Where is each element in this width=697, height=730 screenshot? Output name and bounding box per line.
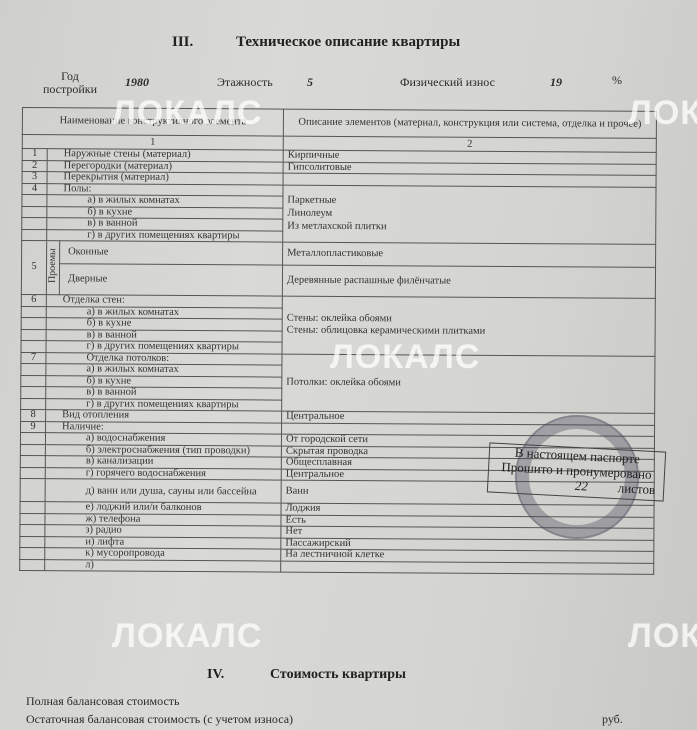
table-row-openings-door: Дверные Деревянные распашные филёнчатые (21, 264, 655, 299)
section-title: Техническое описание квартиры (236, 34, 460, 51)
watermark: ЛОКАЛС (628, 617, 697, 656)
full-cost-label: Полная балансовая стоимость (26, 694, 180, 709)
watermark: ЛОКАЛС (112, 94, 262, 133)
wear-label: Физический износ (400, 75, 495, 90)
floors-desc-cell: ПаркетныеЛинолеумИз метлахской плитки (283, 185, 656, 245)
row-num: 4 (22, 183, 47, 195)
floor-desc-rooms: Паркетные (287, 195, 336, 206)
currency-label: руб. (602, 712, 623, 727)
wear-unit: % (612, 73, 622, 88)
watermark: ЛОКАЛС (112, 617, 262, 656)
floors-value: 5 (307, 75, 313, 90)
watermark: ЛОКАЛС (628, 94, 697, 133)
door-label: Дверные (59, 264, 282, 296)
floor-desc-kitchen: Линолеум (287, 208, 332, 219)
row-name: Отделка стен: (46, 295, 282, 308)
watermark: ЛОКАЛС (330, 338, 480, 377)
row-num: 5 (21, 241, 46, 295)
stamp-sheet-count: 22 (575, 478, 589, 494)
window-desc: Металлопластиковые (283, 242, 656, 267)
row-num: 2 (22, 160, 47, 172)
section4-title: Стоимость квартиры (270, 667, 406, 683)
floor-desc-bath: Из метлахской плитки (287, 221, 386, 233)
year-value: 1980 (125, 75, 149, 90)
year-label: Год постройки (40, 70, 100, 96)
floors-label: Этажность (217, 75, 273, 90)
openings-group-label: Проемы (48, 248, 59, 283)
window-label: Оконные (60, 241, 283, 265)
row-num: 6 (21, 294, 46, 306)
section4-number: IV. (207, 667, 224, 683)
row-num: 1 (22, 149, 47, 161)
door-desc: Деревянные распашные филёнчатые (282, 265, 655, 298)
row-num: 7 (21, 352, 46, 364)
header-col2: Описание элементов (материал, конструкци… (283, 109, 656, 138)
walls-desc-2: Стены: облицовка керамическими плитками (287, 325, 486, 337)
residual-cost-label: Остаточная балансовая стоимость (с учето… (26, 712, 293, 727)
stamp-line-3: листов (617, 480, 655, 497)
row-desc (281, 561, 654, 575)
row-num: 8 (21, 409, 46, 421)
openings-group: Проемы (46, 241, 59, 295)
row-num: 3 (22, 172, 47, 184)
binding-stamp: В настоящем паспорте Прошито и пронумеро… (487, 442, 666, 501)
section-number: III. (172, 34, 193, 51)
row-name: д) ванн или душа, сауны или бассейна (45, 479, 281, 503)
wear-value: 19 (550, 75, 562, 90)
walls-desc-1: Стены: оклейка обоями (287, 313, 392, 325)
row-name: л) (45, 559, 281, 572)
row-num: 9 (21, 421, 46, 433)
table-row: л) (20, 559, 654, 574)
